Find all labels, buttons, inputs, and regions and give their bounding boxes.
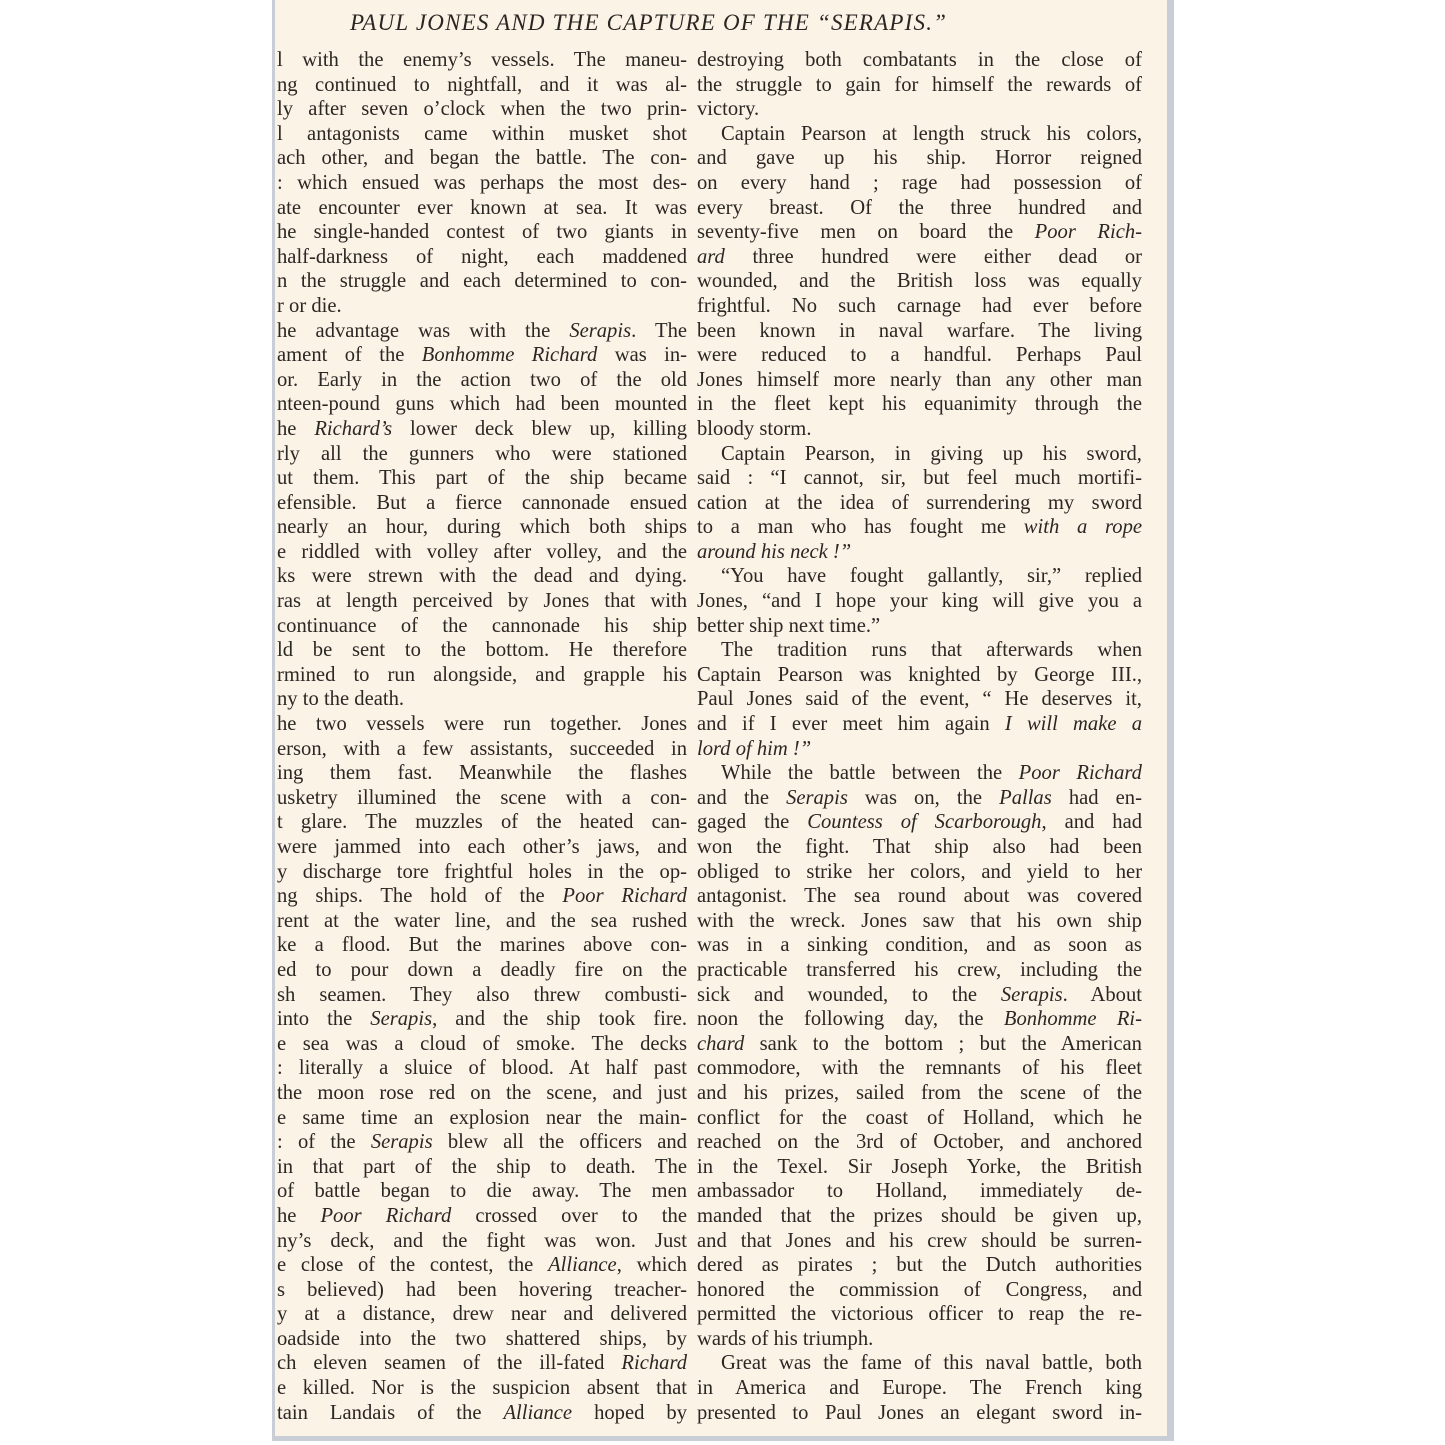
italic-phrase: lord of him !” xyxy=(697,738,811,760)
text-line: ed to pour down a deadly fire on the xyxy=(277,958,687,983)
text-line: were jammed into each other’s jaws, and xyxy=(277,835,687,860)
text-line: n the struggle and each determined to co… xyxy=(277,269,687,294)
text-line: e riddled with volley after volley, and … xyxy=(277,540,687,565)
text-line: Jones, “and I hope your king will give y… xyxy=(697,589,1142,614)
text-line: permitted the victorious officer to reap… xyxy=(697,1302,1142,1327)
italic-phrase: Serapis xyxy=(786,787,848,809)
text-line: While the battle between the Poor Richar… xyxy=(697,761,1142,786)
text-line: commodore, with the remnants of his flee… xyxy=(697,1056,1142,1081)
text-line: ate encounter ever known at sea. It was xyxy=(277,196,687,221)
text-line: practicable transferred his crew, includ… xyxy=(697,958,1142,983)
text-line: chard sank to the bottom ; but the Ameri… xyxy=(697,1032,1142,1057)
text-line: ut them. This part of the ship became xyxy=(277,466,687,491)
text-line: the moon rose red on the scene, and just xyxy=(277,1081,687,1106)
text-line: rly all the gunners who were stationed xyxy=(277,442,687,467)
text-line: said : “I cannot, sir, but feel much mor… xyxy=(697,466,1142,491)
text-line: into the Serapis, and the ship took fire… xyxy=(277,1007,687,1032)
text-line: manded that the prizes should be given u… xyxy=(697,1204,1142,1229)
text-line: Captain Pearson, in giving up his sword, xyxy=(697,442,1142,467)
italic-phrase: Richard xyxy=(621,1352,687,1374)
text-line: erson, with a few assistants, succeeded … xyxy=(277,737,687,762)
left-column: l with the enemy’s vessels. The maneu-ng… xyxy=(277,48,687,1425)
text-line: s believed) had been hovering treacher- xyxy=(277,1278,687,1303)
text-line: bloody storm. xyxy=(697,417,1142,442)
text-line: half-darkness of night, each maddened xyxy=(277,245,687,270)
text-line: t glare. The muzzles of the heated can- xyxy=(277,810,687,835)
text-line: frightful. No such carnage had ever befo… xyxy=(697,294,1142,319)
text-line: Captain Pearson was knighted by George I… xyxy=(697,663,1142,688)
italic-phrase: Countess of Scarborough xyxy=(807,811,1041,833)
text-line: nearly an hour, during which both ships xyxy=(277,515,687,540)
text-line: The tradition runs that afterwards when xyxy=(697,638,1142,663)
text-line: oadside into the two shattered ships, by xyxy=(277,1327,687,1352)
text-line: antagonist. The sea round about was cove… xyxy=(697,884,1142,909)
text-line: or. Early in the action two of the old xyxy=(277,368,687,393)
text-line: in that part of the ship to death. The xyxy=(277,1155,687,1180)
text-line: Paul Jones said of the event, “ He deser… xyxy=(697,687,1142,712)
text-line: wards of his triumph. xyxy=(697,1327,1142,1352)
text-line: continuance of the cannonade his ship xyxy=(277,614,687,639)
text-line: ks were strewn with the dead and dying. xyxy=(277,564,687,589)
text-line: every breast. Of the three hundred and xyxy=(697,196,1142,221)
italic-phrase: I will make a xyxy=(1005,713,1142,735)
text-line: and gave up his ship. Horror reigned xyxy=(697,146,1142,171)
text-line: ament of the Bonhomme Richard was in- xyxy=(277,343,687,368)
text-line: obliged to strike her colors, and yield … xyxy=(697,860,1142,885)
text-line: ch eleven seamen of the ill-fated Richar… xyxy=(277,1351,687,1376)
text-line: and his prizes, sailed from the scene of… xyxy=(697,1081,1142,1106)
text-line: gaged the Countess of Scarborough, and h… xyxy=(697,810,1142,835)
italic-phrase: Pallas xyxy=(999,787,1052,809)
italic-phrase: with a rope xyxy=(1024,516,1142,538)
text-line: to a man who has fought me with a rope xyxy=(697,515,1142,540)
text-line: and the Serapis was on, the Pallas had e… xyxy=(697,786,1142,811)
text-line: Great was the fame of this naval battle,… xyxy=(697,1351,1142,1376)
italic-phrase: Alliance xyxy=(548,1254,617,1276)
text-line: ld be sent to the bottom. He therefore xyxy=(277,638,687,663)
text-line: he advantage was with the Serapis. The xyxy=(277,319,687,344)
text-line: l antagonists came within musket shot xyxy=(277,122,687,147)
page-title: PAUL JONES AND THE CAPTURE OF THE “SERAP… xyxy=(350,10,1070,36)
text-line: nteen-pound guns which had been mounted xyxy=(277,392,687,417)
italic-phrase: Serapis xyxy=(370,1008,432,1030)
text-line: e same time an explosion near the main- xyxy=(277,1106,687,1131)
text-line: he two vessels were run together. Jones xyxy=(277,712,687,737)
text-line: : which ensued was perhaps the most des- xyxy=(277,171,687,196)
text-line: and if I ever meet him again I will make… xyxy=(697,712,1142,737)
text-line: ly after seven o’clock when the two prin… xyxy=(277,97,687,122)
text-line: ke a flood. But the marines above con- xyxy=(277,933,687,958)
text-line: ng ships. The hold of the Poor Richard xyxy=(277,884,687,909)
text-line: was in a sinking condition, and as soon … xyxy=(697,933,1142,958)
text-line: : literally a sluice of blood. At half p… xyxy=(277,1056,687,1081)
italic-phrase: ard xyxy=(697,246,725,268)
text-line: ing them fast. Meanwhile the flashes xyxy=(277,761,687,786)
text-line: ny to the death. xyxy=(277,687,687,712)
text-line: ny’s deck, and the fight was won. Just xyxy=(277,1229,687,1254)
text-line: ard three hundred were either dead or xyxy=(697,245,1142,270)
text-line: y at a distance, drew near and delivered xyxy=(277,1302,687,1327)
text-line: on every hand ; rage had possession of xyxy=(697,171,1142,196)
italic-phrase: Bonhomme Richard xyxy=(422,344,598,366)
text-line: dered as pirates ; but the Dutch authori… xyxy=(697,1253,1142,1278)
text-line: and that Jones and his crew should be su… xyxy=(697,1229,1142,1254)
text-line: tain Landais of the Alliance hoped by xyxy=(277,1401,687,1426)
text-line: l with the enemy’s vessels. The maneu- xyxy=(277,48,687,73)
text-line: won the fight. That ship also had been xyxy=(697,835,1142,860)
italic-phrase: Richard’s xyxy=(314,418,392,440)
text-line: honored the commission of Congress, and xyxy=(697,1278,1142,1303)
italic-phrase: Bonhomme Ri- xyxy=(1004,1008,1142,1030)
italic-phrase: Serapis xyxy=(569,320,631,342)
text-line: lord of him !” xyxy=(697,737,1142,762)
text-line: efensible. But a fierce cannonade ensued xyxy=(277,491,687,516)
text-line: in the fleet kept his equanimity through… xyxy=(697,392,1142,417)
italic-phrase: around his neck !” xyxy=(697,541,851,563)
text-line: e close of the contest, the Alliance, wh… xyxy=(277,1253,687,1278)
text-line: noon the following day, the Bonhomme Ri- xyxy=(697,1007,1142,1032)
document-page: PAUL JONES AND THE CAPTURE OF THE “SERAP… xyxy=(275,0,1167,1436)
text-line: cation at the idea of surrendering my sw… xyxy=(697,491,1142,516)
text-line: rmined to run alongside, and grapple his xyxy=(277,663,687,688)
italic-phrase: Poor Richard xyxy=(320,1205,451,1227)
text-line: ach other, and began the battle. The con… xyxy=(277,146,687,171)
text-line: in the Texel. Sir Joseph Yorke, the Brit… xyxy=(697,1155,1142,1180)
italic-phrase: Poor Rich- xyxy=(1035,221,1142,243)
italic-phrase: Serapis xyxy=(371,1131,433,1153)
text-line: he single-handed contest of two giants i… xyxy=(277,220,687,245)
text-line: y discharge tore frightful holes in the … xyxy=(277,860,687,885)
text-line: Captain Pearson at length struck his col… xyxy=(697,122,1142,147)
text-line: he Richard’s lower deck blew up, killing xyxy=(277,417,687,442)
text-line: e killed. Nor is the suspicion absent th… xyxy=(277,1376,687,1401)
right-column: destroying both combatants in the close … xyxy=(697,48,1142,1425)
text-line: : of the Serapis blew all the officers a… xyxy=(277,1130,687,1155)
text-line: with the wreck. Jones saw that his own s… xyxy=(697,909,1142,934)
text-line: ras at length perceived by Jones that wi… xyxy=(277,589,687,614)
italic-phrase: Serapis xyxy=(1001,984,1063,1006)
text-line: Jones himself more nearly than any other… xyxy=(697,368,1142,393)
text-line: sh seamen. They also threw combusti- xyxy=(277,983,687,1008)
text-line: presented to Paul Jones an elegant sword… xyxy=(697,1401,1142,1426)
text-line: “You have fought gallantly, sir,” replie… xyxy=(697,564,1142,589)
text-line: the struggle to gain for himself the rew… xyxy=(697,73,1142,98)
text-line: usketry illumined the scene with a con- xyxy=(277,786,687,811)
text-line: better ship next time.” xyxy=(697,614,1142,639)
italic-phrase: Poor Richard xyxy=(1019,762,1142,784)
text-line: were reduced to a handful. Perhaps Paul xyxy=(697,343,1142,368)
italic-phrase: Alliance xyxy=(503,1402,572,1424)
text-line: wounded, and the British loss was equall… xyxy=(697,269,1142,294)
italic-phrase: Poor Richard xyxy=(562,885,687,907)
text-line: reached on the 3rd of October, and ancho… xyxy=(697,1130,1142,1155)
text-line: e sea was a cloud of smoke. The decks xyxy=(277,1032,687,1057)
text-line: around his neck !” xyxy=(697,540,1142,565)
text-line: he Poor Richard crossed over to the xyxy=(277,1204,687,1229)
text-line: ambassador to Holland, immediately de- xyxy=(697,1179,1142,1204)
text-line: victory. xyxy=(697,97,1142,122)
text-line: r or die. xyxy=(277,294,687,319)
italic-phrase: chard xyxy=(697,1033,744,1055)
text-line: destroying both combatants in the close … xyxy=(697,48,1142,73)
text-line: ng continued to nightfall, and it was al… xyxy=(277,73,687,98)
text-line: rent at the water line, and the sea rush… xyxy=(277,909,687,934)
text-line: been known in naval warfare. The living xyxy=(697,319,1142,344)
text-line: of battle began to die away. The men xyxy=(277,1179,687,1204)
text-line: in America and Europe. The French king xyxy=(697,1376,1142,1401)
text-line: sick and wounded, to the Serapis. About xyxy=(697,983,1142,1008)
text-line: seventy-five men on board the Poor Rich- xyxy=(697,220,1142,245)
text-line: conflict for the coast of Holland, which… xyxy=(697,1106,1142,1131)
